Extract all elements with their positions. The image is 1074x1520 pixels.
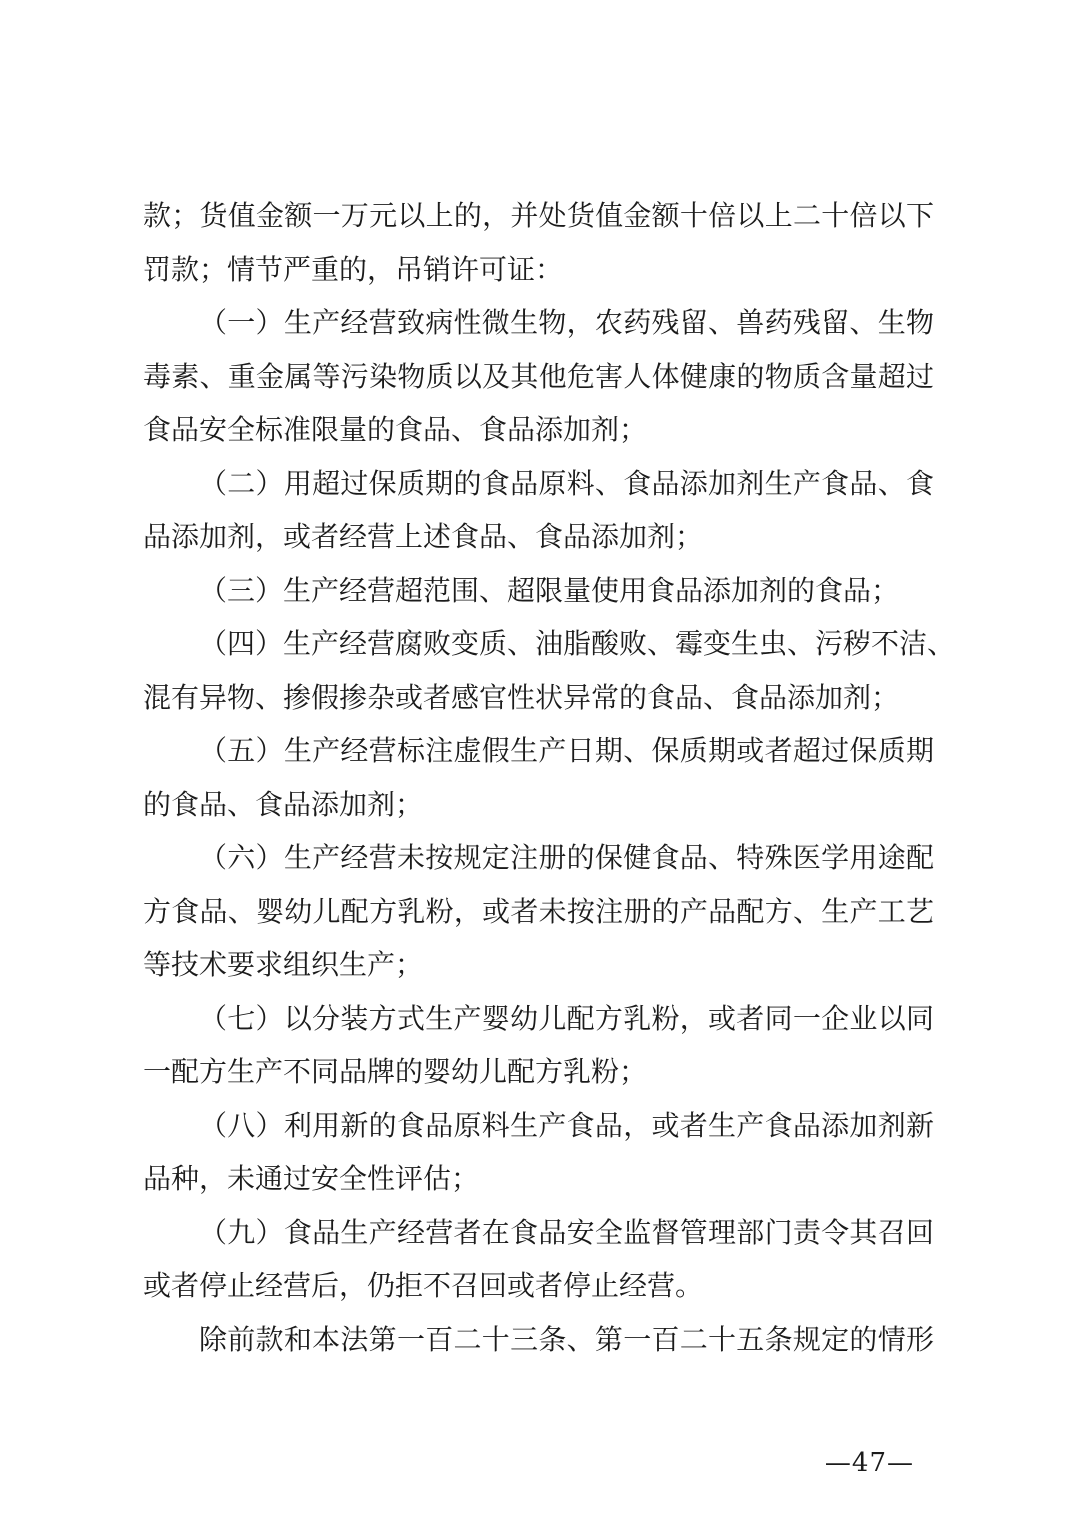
- text-line: （二）用超过保质期的食品原料、食品添加剂生产食品、食: [143, 457, 934, 511]
- text-line: （一）生产经营致病性微生物，农药残留、兽药残留、生物: [143, 296, 934, 350]
- text-line: 食品安全标准限量的食品、食品添加剂；: [143, 403, 934, 457]
- text-line: 一配方生产不同品牌的婴幼儿配方乳粉；: [143, 1045, 934, 1099]
- text-line: 方食品、婴幼儿配方乳粉，或者未按注册的产品配方、生产工艺: [143, 885, 934, 939]
- paragraph: （六）生产经营未按规定注册的保健食品、特殊医学用途配方食品、婴幼儿配方乳粉，或者…: [143, 831, 934, 992]
- paragraph: 除前款和本法第一百二十三条、第一百二十五条规定的情形: [143, 1313, 934, 1367]
- paragraph: （九）食品生产经营者在食品安全监督管理部门责令其召回或者停止经营后，仍拒不召回或…: [143, 1206, 934, 1313]
- text-line: 除前款和本法第一百二十三条、第一百二十五条规定的情形: [143, 1313, 934, 1367]
- text-line: （七）以分装方式生产婴幼儿配方乳粉，或者同一企业以同: [143, 992, 934, 1046]
- paragraph: （七）以分装方式生产婴幼儿配方乳粉，或者同一企业以同一配方生产不同品牌的婴幼儿配…: [143, 992, 934, 1099]
- paragraph: （四）生产经营腐败变质、油脂酸败、霉变生虫、污秽不洁、混有异物、掺假掺杂或者感官…: [143, 617, 934, 724]
- text-line: （九）食品生产经营者在食品安全监督管理部门责令其召回: [143, 1206, 934, 1260]
- text-line: 的食品、食品添加剂；: [143, 778, 934, 832]
- paragraph: （二）用超过保质期的食品原料、食品添加剂生产食品、食品添加剂，或者经营上述食品、…: [143, 457, 934, 564]
- text-line: （六）生产经营未按规定注册的保健食品、特殊医学用途配: [143, 831, 934, 885]
- text-line: 品添加剂，或者经营上述食品、食品添加剂；: [143, 510, 934, 564]
- text-line: 品种，未通过安全性评估；: [143, 1152, 934, 1206]
- paragraph: （五）生产经营标注虚假生产日期、保质期或者超过保质期的食品、食品添加剂；: [143, 724, 934, 831]
- document-body: 款；货值金额一万元以上的，并处货值金额十倍以上二十倍以下罚款；情节严重的，吊销许…: [143, 189, 934, 1366]
- text-line: 混有异物、掺假掺杂或者感官性状异常的食品、食品添加剂；: [143, 671, 934, 725]
- text-line: 罚款；情节严重的，吊销许可证：: [143, 243, 934, 297]
- text-line: 或者停止经营后，仍拒不召回或者停止经营。: [143, 1259, 934, 1313]
- paragraph: （一）生产经营致病性微生物，农药残留、兽药残留、生物毒素、重金属等污染物质以及其…: [143, 296, 934, 457]
- text-line: （三）生产经营超范围、超限量使用食品添加剂的食品；: [143, 564, 934, 618]
- paragraph: （八）利用新的食品原料生产食品，或者生产食品添加剂新品种，未通过安全性评估；: [143, 1099, 934, 1206]
- text-line: 等技术要求组织生产；: [143, 938, 934, 992]
- text-line: 款；货值金额一万元以上的，并处货值金额十倍以上二十倍以下: [143, 189, 934, 243]
- paragraph: 款；货值金额一万元以上的，并处货值金额十倍以上二十倍以下罚款；情节严重的，吊销许…: [143, 189, 934, 296]
- document-page: 款；货值金额一万元以上的，并处货值金额十倍以上二十倍以下罚款；情节严重的，吊销许…: [0, 0, 1074, 1520]
- text-line: （四）生产经营腐败变质、油脂酸败、霉变生虫、污秽不洁、: [143, 617, 934, 671]
- page-number: —47—: [825, 1448, 914, 1478]
- text-line: （五）生产经营标注虚假生产日期、保质期或者超过保质期: [143, 724, 934, 778]
- text-line: （八）利用新的食品原料生产食品，或者生产食品添加剂新: [143, 1099, 934, 1153]
- paragraph: （三）生产经营超范围、超限量使用食品添加剂的食品；: [143, 564, 934, 618]
- text-line: 毒素、重金属等污染物质以及其他危害人体健康的物质含量超过: [143, 350, 934, 404]
